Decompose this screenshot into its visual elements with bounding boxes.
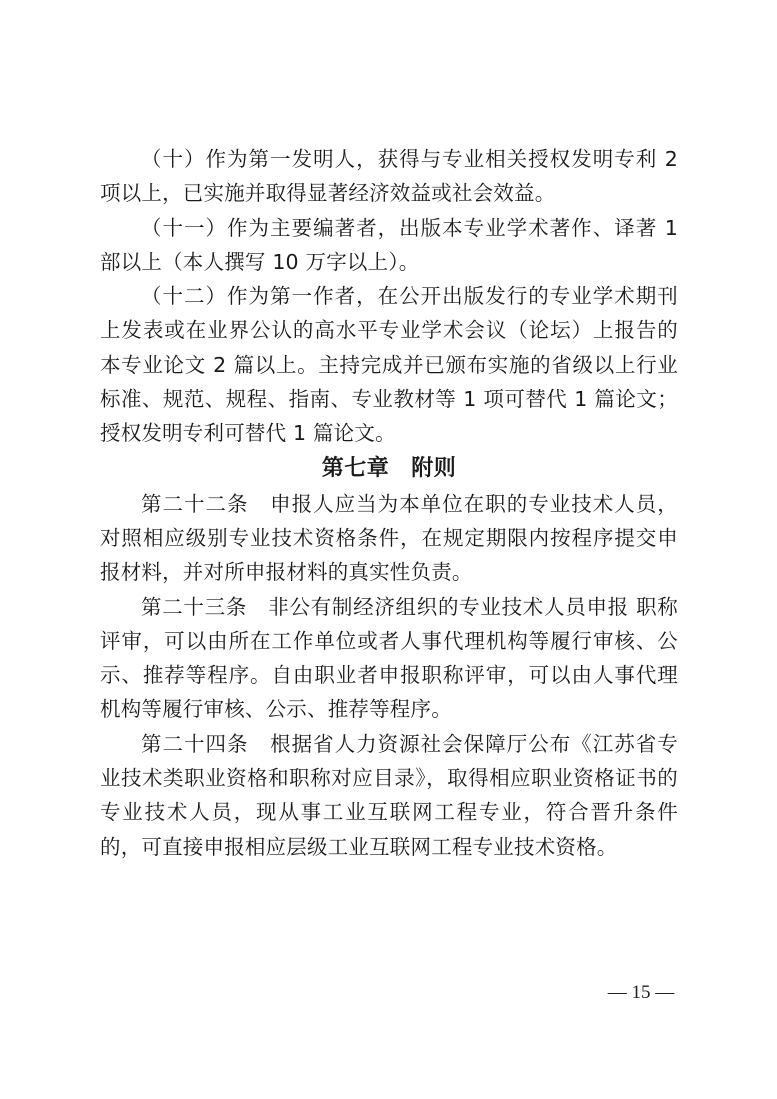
paragraph-item-11: （十一）作为主要编著者，出版本专业学术著作、译著 1 部以上（本人撰写 10 万… [100, 211, 678, 280]
article-23: 第二十三条 非公有制经济组织的专业技术人员申报 职称评审，可以由所在工作单位或者… [100, 590, 678, 727]
document-page: （十）作为第一发明人，获得与专业相关授权发明专利 2 项以上，已实施并取得显著经… [100, 142, 678, 864]
chapter-title: 附则 [411, 456, 456, 481]
chapter-number: 第七章 [322, 456, 390, 481]
article-number: 第二十四条 [141, 732, 249, 756]
chapter-heading: 第七章附则 [100, 451, 678, 487]
paragraph-item-10: （十）作为第一发明人，获得与专业相关授权发明专利 2 项以上，已实施并取得显著经… [100, 142, 678, 211]
article-24: 第二十四条 根据省人力资源社会保障厅公布《江苏省专业技术类职业资格和职称对应目录… [100, 727, 678, 864]
article-number: 第二十二条 [141, 492, 249, 516]
page-number: — 15 — [605, 982, 677, 1004]
paragraph-item-12: （十二）作为第一作者，在公开出版发行的专业学术期刊上发表或在业界公认的高水平专业… [100, 279, 678, 450]
article-number: 第二十三条 [141, 595, 247, 619]
article-22: 第二十二条 申报人应当为本单位在职的专业技术人员，对照相应级别专业技术资格条件，… [100, 487, 678, 590]
